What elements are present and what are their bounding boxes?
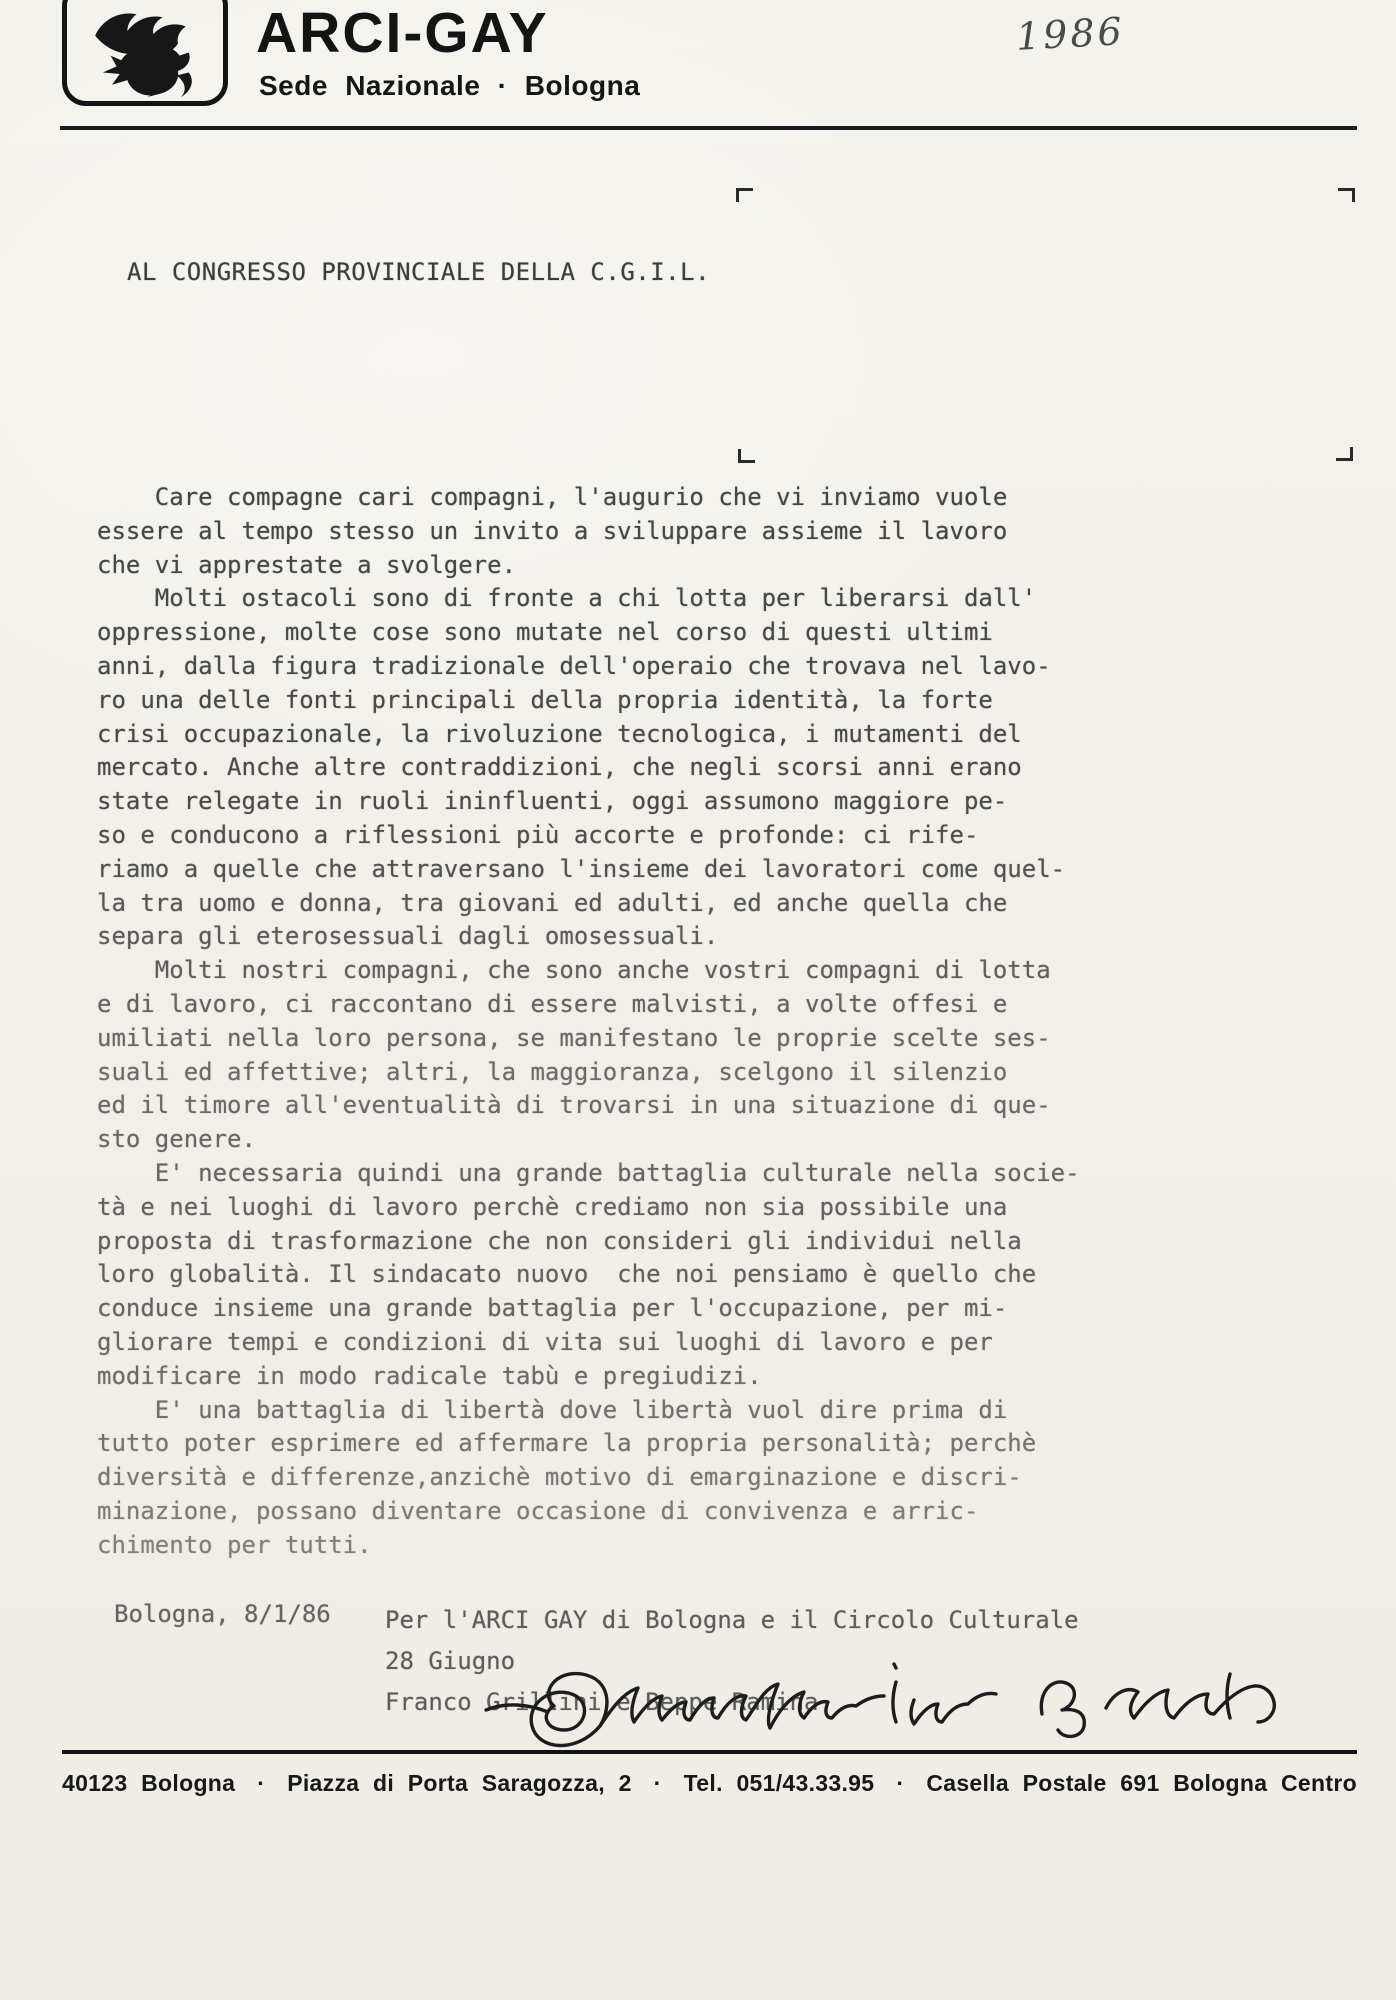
body-line: conduce insieme una grande battaglia per…: [97, 1292, 1217, 1326]
body-line: modificare in modo radicale tabù e pregi…: [97, 1360, 1217, 1394]
date-line: Bologna, 8/1/86: [114, 1600, 331, 1628]
body-line: mercato. Anche altre contraddizioni, che…: [97, 751, 1217, 785]
corner-mark-bottom-left-icon: [738, 449, 755, 463]
body-line: ro una delle fonti principali della prop…: [97, 684, 1217, 718]
header-divider: [60, 126, 1357, 130]
letter-body: Care compagne cari compagni, l'augurio c…: [97, 481, 1217, 1563]
body-line: oppressione, molte cose sono mutate nel …: [97, 616, 1217, 650]
body-line: minazione, possano diventare occasione d…: [97, 1495, 1217, 1529]
body-line: suali ed affettive; altri, la maggioranz…: [97, 1056, 1217, 1090]
scanned-letter-page: ARCI-GAY Sede Nazionale · Bologna 1986 A…: [0, 0, 1396, 2000]
body-line: sto genere.: [97, 1123, 1217, 1157]
footer-divider: [62, 1750, 1357, 1754]
body-line: che vi apprestate a svolgere.: [97, 549, 1217, 583]
body-line: la tra uomo e donna, tra giovani ed adul…: [97, 887, 1217, 921]
arcigay-logo-box: [62, 0, 228, 106]
body-line: diversità e differenze,anzichè motivo di…: [97, 1461, 1217, 1495]
body-line: gliorare tempi e condizioni di vita sui …: [97, 1326, 1217, 1360]
body-line: umiliati nella loro persona, se manifest…: [97, 1022, 1217, 1056]
body-line: loro globalità. Il sindacato nuovo che n…: [97, 1258, 1217, 1292]
handwritten-year-note: 1986: [1015, 9, 1126, 59]
recipient-line: AL CONGRESSO PROVINCIALE DELLA C.G.I.L.: [127, 258, 710, 286]
footer-address-line: 40123 Bologna · Piazza di Porta Saragozz…: [62, 1770, 1357, 1797]
footer-segment: 40123 Bologna: [62, 1770, 235, 1797]
body-line: proposta di trasformazione che non consi…: [97, 1225, 1217, 1259]
footer-segment: Casella Postale 691 Bologna Centro: [926, 1770, 1357, 1797]
body-line: separa gli eterosessuali dagli omosessua…: [97, 920, 1217, 954]
body-line: ed il timore all'eventualità di trovarsi…: [97, 1089, 1217, 1123]
body-line: anni, dalla figura tradizionale dell'ope…: [97, 650, 1217, 684]
body-line: state relegate in ruoli ininfluenti, ogg…: [97, 785, 1217, 819]
body-line: Molti nostri compagni, che sono anche vo…: [97, 954, 1217, 988]
corner-mark-top-left-icon: [736, 188, 753, 202]
body-line: essere al tempo stesso un invito a svilu…: [97, 515, 1217, 549]
body-line: riamo a quelle che attraversano l'insiem…: [97, 853, 1217, 887]
body-line: E' necessaria quindi una grande battagli…: [97, 1157, 1217, 1191]
footer-segment: Piazza di Porta Saragozza, 2: [287, 1770, 631, 1797]
footer-segment: ·: [654, 1770, 662, 1797]
body-line: crisi occupazionale, la rivoluzione tecn…: [97, 718, 1217, 752]
body-line: e di lavoro, ci raccontano di essere mal…: [97, 988, 1217, 1022]
body-line: tutto poter esprimere ed affermare la pr…: [97, 1427, 1217, 1461]
corner-mark-top-right-icon: [1338, 188, 1355, 202]
footer-segment: ·: [896, 1770, 904, 1797]
org-subtitle: Sede Nazionale · Bologna: [259, 70, 640, 102]
footer-segment: Tel. 051/43.33.95: [684, 1770, 875, 1797]
body-line: Molti ostacoli sono di fronte a chi lott…: [97, 582, 1217, 616]
body-line: chimento per tutti.: [97, 1529, 1217, 1563]
winged-horse-icon: [71, 5, 219, 97]
body-line: E' una battaglia di libertà dove libertà…: [97, 1394, 1217, 1428]
body-line: Care compagne cari compagni, l'augurio c…: [97, 481, 1217, 515]
body-line: so e conducono a riflessioni più accorte…: [97, 819, 1217, 853]
org-name: ARCI-GAY: [256, 0, 549, 66]
corner-mark-bottom-right-icon: [1336, 447, 1353, 461]
body-line: tà e nei luoghi di lavoro perchè crediam…: [97, 1191, 1217, 1225]
footer-segment: ·: [257, 1770, 265, 1797]
